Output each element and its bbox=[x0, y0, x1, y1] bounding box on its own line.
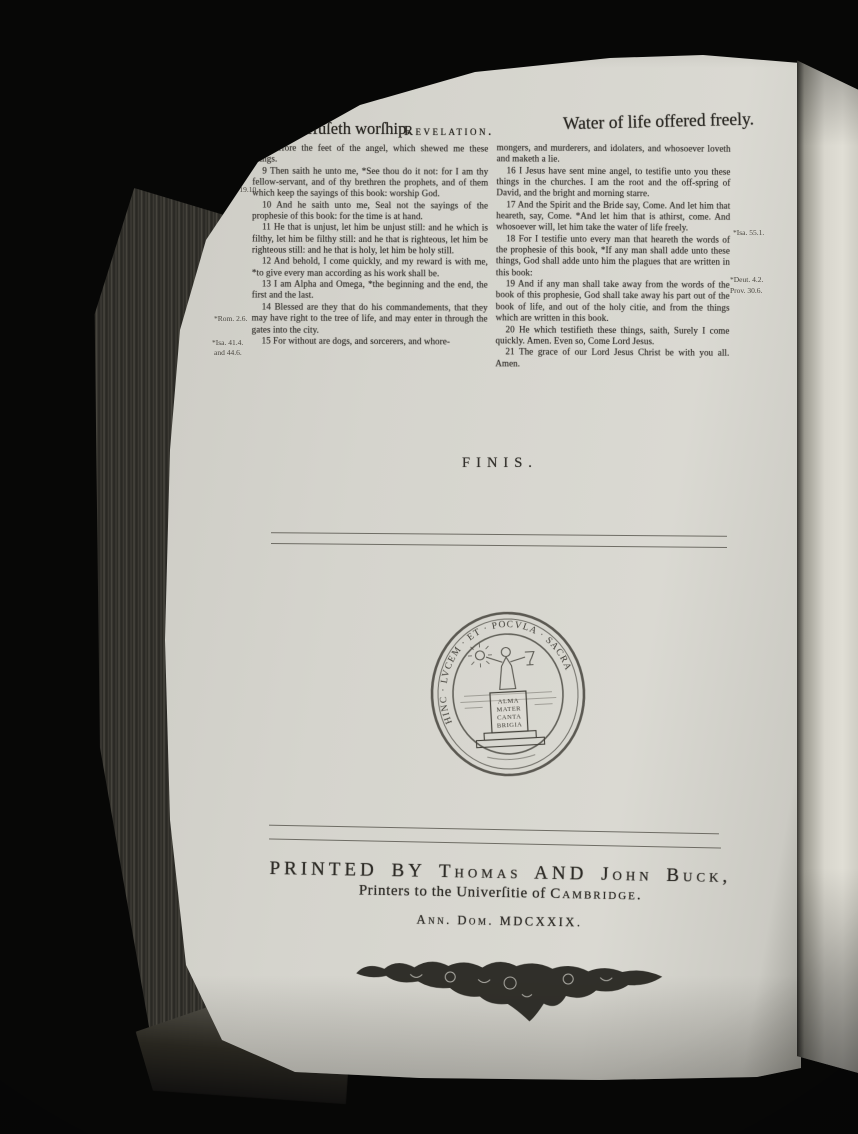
margin-note: *Rom. 2.6. bbox=[214, 314, 247, 323]
divider-rule bbox=[271, 543, 727, 548]
verse-paragraph: 14 Blessed are they that do his commande… bbox=[252, 301, 488, 336]
printer-name-john-buck: John Buck bbox=[601, 864, 723, 887]
verse-paragraph: 19 And if any man shall take away from t… bbox=[496, 278, 730, 325]
divider-rule bbox=[271, 532, 727, 537]
pedestal-text-line: ALMA bbox=[498, 697, 519, 705]
verse-paragraph: ship before the feet of the angel, which… bbox=[252, 142, 488, 166]
margin-note: Prov. 30.6. bbox=[730, 286, 762, 295]
verse-paragraph: 20 He which testifieth these things, sai… bbox=[495, 324, 729, 348]
pedestal-text-line: BRIGIA bbox=[497, 721, 523, 729]
printers-device-emblem: HINC · LVCEM · ET · POCVLA · SACRA bbox=[420, 604, 597, 785]
tailpiece-ornament bbox=[349, 953, 668, 1027]
page-number: 842 bbox=[227, 151, 244, 163]
facing-page-edge bbox=[797, 52, 858, 1098]
imprint-text: . bbox=[637, 887, 642, 903]
imprint-block: PRINTED BY Thomas AND John Buck, Printer… bbox=[249, 858, 750, 934]
running-head-right: Water of life offered freely. bbox=[563, 109, 754, 135]
verse-paragraph: 18 For I testifie unto every man that he… bbox=[496, 233, 730, 280]
margin-note: *Isa. 41.4. bbox=[212, 338, 243, 347]
verse-paragraph: 17 And the Spirit and the Bride say, Com… bbox=[496, 199, 730, 234]
verse-paragraph: 13 I am Alpha and Omega, *the beginning … bbox=[252, 279, 488, 303]
text-column-left: ship before the feet of the angel, which… bbox=[252, 142, 489, 347]
verse-paragraph: 16 I Jesus have sent mine angel, to test… bbox=[496, 165, 730, 200]
pedestal-text-line: MATER bbox=[496, 705, 521, 713]
text-column-right: mongers, and murderers, and idolaters, a… bbox=[495, 142, 730, 370]
margin-note: *Isa. 55.1. bbox=[733, 228, 764, 237]
verse-paragraph: mongers, and murderers, and idolaters, a… bbox=[497, 142, 731, 166]
imprint-text: AND bbox=[521, 862, 601, 884]
verse-paragraph: 9 Then saith he unto me, *See thou do it… bbox=[252, 165, 488, 200]
pedestal-text-line: CANTA bbox=[497, 713, 522, 721]
finis-label: FINIS. bbox=[272, 455, 728, 472]
book-photograph: The angel refuſeth worſhip. Revelation. … bbox=[0, 0, 858, 1134]
verse-paragraph: 10 And he saith unto me, Seal not the sa… bbox=[252, 199, 488, 223]
imprint-text: Printers to the Univerſitie of bbox=[359, 883, 551, 902]
divider-rule bbox=[269, 825, 719, 835]
chalice-icon bbox=[525, 652, 535, 665]
imprint-text: , bbox=[722, 866, 731, 887]
imprint-date: Ann. Dom. MDCXXIX. bbox=[249, 910, 749, 934]
verse-paragraph: 15 For without are dogs, and sorcerers, … bbox=[252, 335, 488, 347]
verse-paragraph: 11 He that is unjust, let him be unjust … bbox=[252, 222, 488, 257]
verse-paragraph: 12 And behold, I come quickly, and my re… bbox=[252, 256, 488, 280]
running-head-book-title: Revelation. bbox=[404, 123, 494, 139]
margin-note: *Deut. 4.2. bbox=[730, 275, 763, 284]
figure-head bbox=[501, 647, 510, 656]
cambridge-name: Cambridge bbox=[550, 886, 637, 904]
sun-icon bbox=[467, 643, 492, 668]
verse-paragraph: 21 The grace of our Lord Jesus Christ be… bbox=[495, 346, 729, 370]
margin-note: and 44.6. bbox=[214, 348, 242, 357]
printer-name-thomas: Thomas bbox=[439, 861, 522, 883]
running-head-left: The angel refuſeth worſhip. bbox=[230, 119, 411, 139]
divider-rule bbox=[269, 838, 721, 848]
imprint-text: PRINTED BY bbox=[269, 858, 439, 882]
ornament-foliage bbox=[355, 959, 662, 1023]
